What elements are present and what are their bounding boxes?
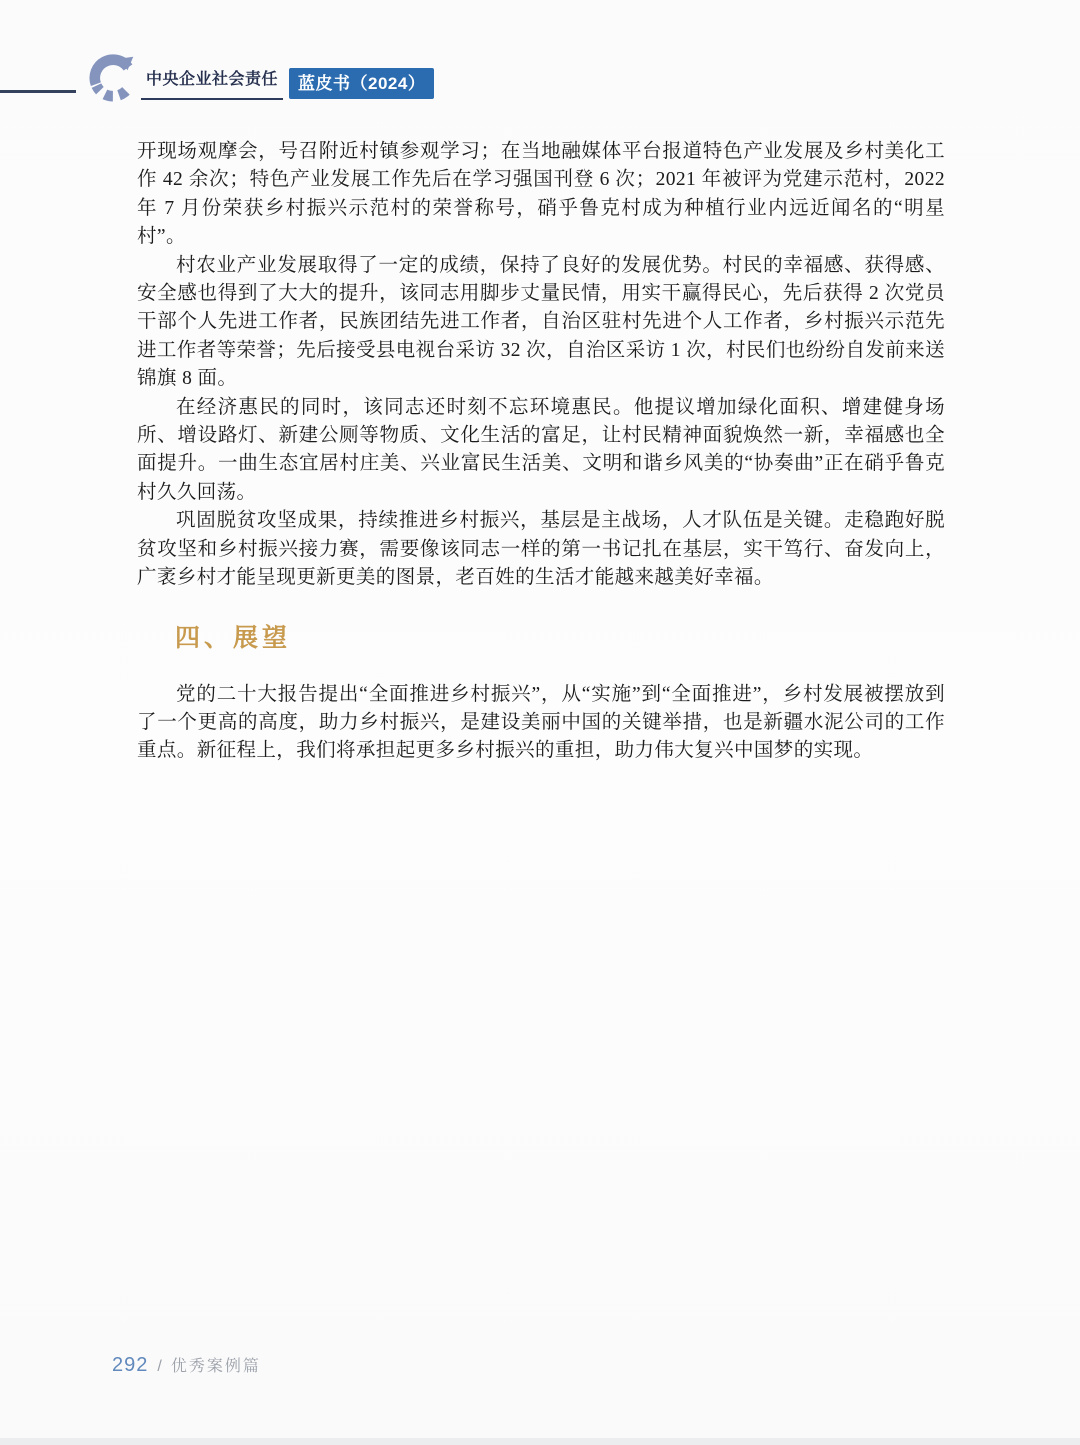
page-body: 开现场观摩会，号召附近村镇参观学习；在当地融媒体平台报道特色产业发展及乡村美化工… [137,138,945,766]
header-badge: 蓝皮书（2024） [289,68,434,99]
circular-arrow-logo-icon [87,48,141,106]
body-paragraph: 党的二十大报告提出“全面推进乡村振兴”，从“实施”到“全面推进”，乡村发展被摆放… [137,681,945,766]
body-paragraph: 在经济惠民的同时，该同志还时刻不忘环境惠民。他提议增加绿化面积、增建健身场所、增… [137,394,945,508]
header-left-rule [0,90,76,93]
page-number: 292 [112,1354,148,1377]
body-paragraph: 村农业产业发展取得了一定的成绩，保持了良好的发展优势。村民的幸福感、获得感、安全… [137,252,945,394]
footer-separator: / [157,1358,161,1376]
body-paragraph: 巩固脱贫攻坚成果，持续推进乡村振兴，基层是主战场，人才队伍是关键。走稳跑好脱贫攻… [137,507,945,592]
footer-section-name: 优秀案例篇 [171,1353,261,1376]
body-paragraph: 开现场观摩会，号召附近村镇参观学习；在当地融媒体平台报道特色产业发展及乡村美化工… [137,138,945,252]
document-page: 中央企业社会责任 蓝皮书（2024） 开现场观摩会，号召附近村镇参观学习；在当地… [0,0,1080,1445]
page-footer: 292 / 优秀案例篇 [112,1353,261,1377]
header-series-title: 中央企业社会责任 [146,71,278,88]
header-series-title-block: 中央企业社会责任 [141,66,283,100]
section-heading-outlook: 四、展望 [175,618,945,654]
bottom-edge-strip [0,1438,1080,1445]
